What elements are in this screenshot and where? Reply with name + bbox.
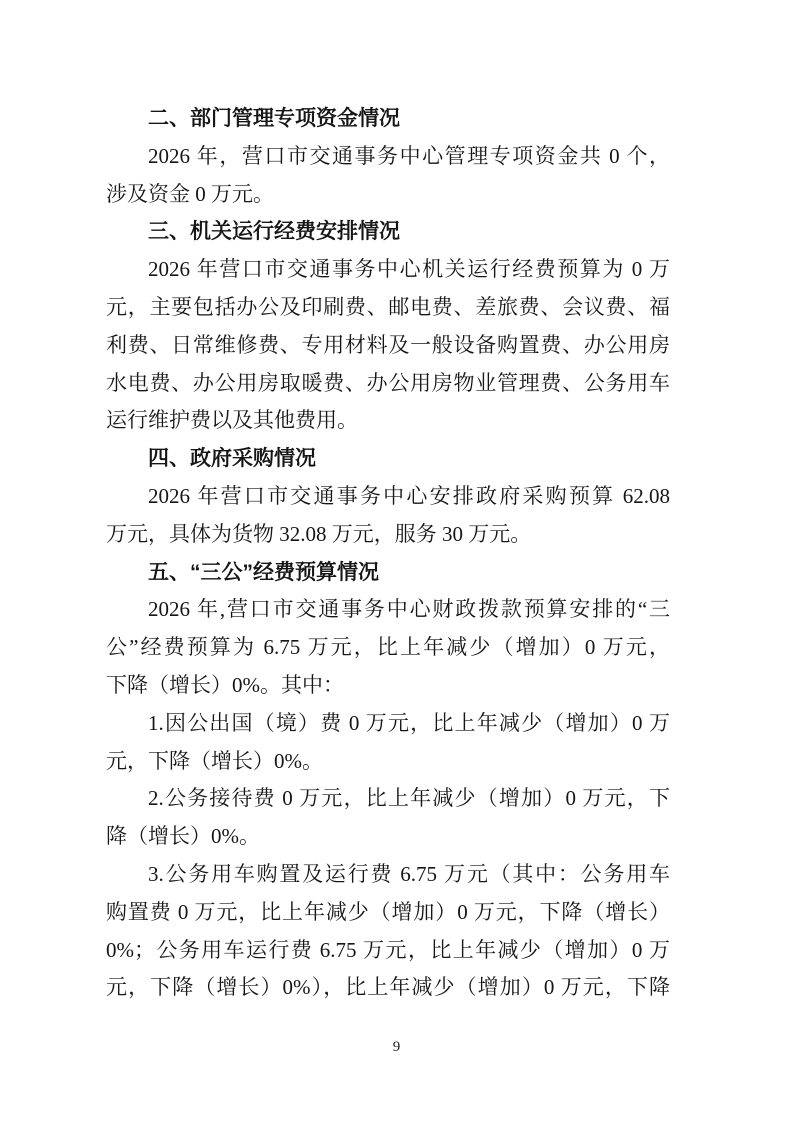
text-line: 2026 年营口市交通事务中心机关运行经费预算为 0 万	[106, 251, 670, 289]
text-line: 元，主要包括办公及印刷费、邮电费、差旅费、会议费、福	[106, 289, 670, 327]
text-line: 元，下降（增长）0%），比上年减少（增加）0 万元，下降	[106, 969, 670, 1007]
text-line: 涉及资金 0 万元。	[106, 176, 670, 214]
text-line: 水电费、办公用房取暖费、办公用房物业管理费、公务用车	[106, 365, 670, 403]
text-line: 万元，具体为货物 32.08 万元，服务 30 万元。	[106, 516, 670, 554]
text-line: 公”经费预算为 6.75 万元，比上年减少（增加）0 万元，	[106, 629, 670, 667]
text-line: 2026 年，营口市交通事务中心管理专项资金共 0 个，	[106, 138, 670, 176]
text-line: 3.公务用车购置及运行费 6.75 万元（其中：公务用车	[106, 856, 670, 894]
document-page: 二、部门管理专项资金情况2026 年，营口市交通事务中心管理专项资金共 0 个，…	[0, 0, 793, 1122]
text-line: 1.因公出国（境）费 0 万元，比上年减少（增加）0 万	[106, 705, 670, 743]
section-heading: 二、部门管理专项资金情况	[106, 100, 670, 138]
section-heading: 五、“三公”经费预算情况	[106, 554, 670, 592]
text-line: 2026 年营口市交通事务中心安排政府采购预算 62.08	[106, 478, 670, 516]
text-line: 下降（增长）0%。其中：	[106, 667, 670, 705]
text-line: 元，下降（增长）0%。	[106, 743, 670, 781]
document-body: 二、部门管理专项资金情况2026 年，营口市交通事务中心管理专项资金共 0 个，…	[106, 100, 670, 1007]
text-line: 购置费 0 万元，比上年减少（增加）0 万元，下降（增长）	[106, 894, 670, 932]
text-line: 降（增长）0%。	[106, 818, 670, 856]
text-line: 2026 年,营口市交通事务中心财政拨款预算安排的“三	[106, 591, 670, 629]
section-heading: 三、机关运行经费安排情况	[106, 213, 670, 251]
section-heading: 四、政府采购情况	[106, 440, 670, 478]
text-line: 2.公务接待费 0 万元，比上年减少（增加）0 万元，下	[106, 780, 670, 818]
text-line: 运行维护费以及其他费用。	[106, 402, 670, 440]
text-line: 利费、日常维修费、专用材料及一般设备购置费、办公用房	[106, 327, 670, 365]
page-number: 9	[0, 1036, 793, 1058]
text-line: 0%；公务用车运行费 6.75 万元，比上年减少（增加）0 万	[106, 932, 670, 970]
